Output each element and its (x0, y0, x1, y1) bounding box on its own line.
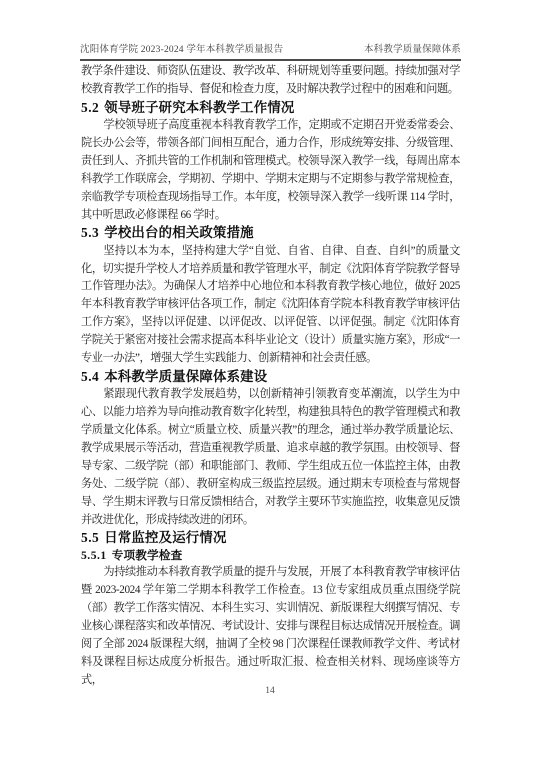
paragraph-continuation: 教学条件建设、师资队伍建设、教学改革、科研规划等重要问题。持续加强对学校教育教学… (81, 63, 460, 99)
header-rule (80, 59, 461, 61)
section-heading-5-4: 5.4本科教学质量保障体系建设 (81, 368, 460, 386)
section-number: 5.5 (81, 530, 99, 545)
paragraph-policies: 坚持以本为本，坚持构建大学“自觉、自省、自律、自查、自纠”的质量文化，切实提升学… (81, 243, 460, 368)
section-title: 学校出台的相关政策措施 (104, 225, 254, 240)
section-number: 5.2 (81, 100, 99, 115)
paragraph-quality-system: 紧跟现代教育教学发展趋势，以创新精神引领教育变革潮流，以学生为中心、以能力培养为… (81, 386, 460, 529)
header-report-title: 沈阳体育学院 2023-2024 学年本科教学质量报告 (80, 41, 283, 55)
document-body: 教学条件建设、师资队伍建设、教学改革、科研规划等重要问题。持续加强对学校教育教学… (81, 63, 460, 690)
subsection-heading-5-5-1: 5.5.1专项教学检查 (81, 548, 460, 565)
page-number: 14 (265, 686, 275, 696)
document-page: 沈阳体育学院 2023-2024 学年本科教学质量报告 本科教学质量保障体系 教… (0, 0, 540, 764)
page-footer: 14 (0, 686, 540, 696)
paragraph-inspection: 为持续推动本科教育教学质量的提升与发展，开展了本科教育教学审核评估暨 2023-… (81, 564, 460, 689)
section-number: 5.4 (81, 369, 99, 384)
page-header: 沈阳体育学院 2023-2024 学年本科教学质量报告 本科教学质量保障体系 (80, 41, 461, 55)
subsection-number: 5.5.1 (81, 549, 107, 562)
section-title: 领导班子研究本科教学工作情况 (104, 100, 294, 115)
section-heading-5-5: 5.5日常监控及运行情况 (81, 529, 460, 547)
section-number: 5.3 (81, 225, 99, 240)
paragraph-leadership: 学校领导班子高度重视本科教育教学工作，定期或不定期召开党委常委会、院长办公会等，… (81, 117, 460, 224)
section-title: 本科教学质量保障体系建设 (104, 369, 267, 384)
subsection-title: 专项教学检查 (112, 549, 183, 562)
section-heading-5-2: 5.2领导班子研究本科教学工作情况 (81, 99, 460, 117)
section-title: 日常监控及运行情况 (104, 530, 226, 545)
section-heading-5-3: 5.3学校出台的相关政策措施 (81, 224, 460, 242)
header-section-title: 本科教学质量保障体系 (364, 41, 461, 55)
